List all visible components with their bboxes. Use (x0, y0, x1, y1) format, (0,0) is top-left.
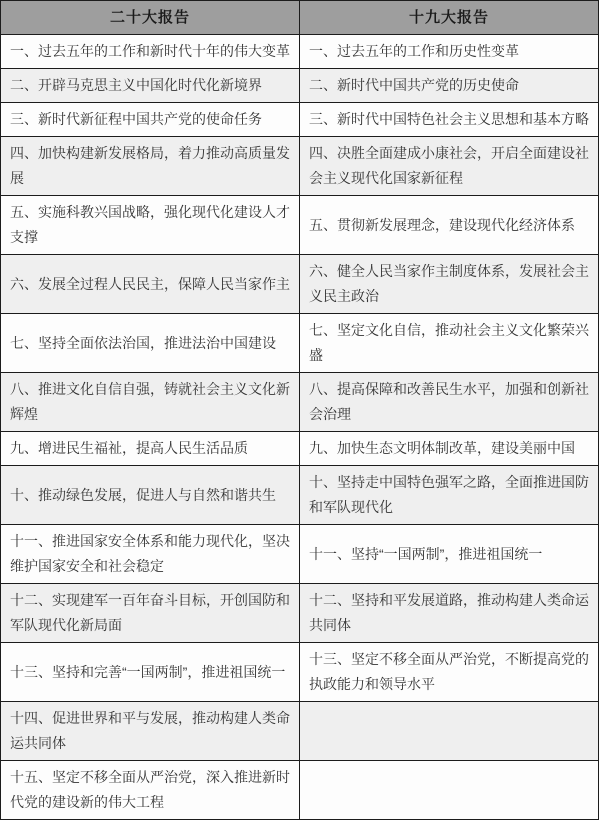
column-header-19th-congress-report: 十九大报告 (300, 1, 599, 35)
table-row: 一、过去五年的工作和新时代十年的伟大变革 一、过去五年的工作和历史性变革 (1, 35, 599, 69)
table-row: 六、发展全过程人民民主，保障人民当家作主 六、健全人民当家作主制度体系，发展社会… (1, 255, 599, 314)
cell-20th-item-2: 二、开辟马克思主义中国化时代化新境界 (1, 69, 300, 103)
cell-19th-item-9: 九、加快生态文明体制改革，建设美丽中国 (300, 432, 599, 466)
cell-19th-item-11: 十一、坚持“一国两制”，推进祖国统一 (300, 525, 599, 584)
cell-20th-item-15: 十五、坚定不移全面从严治党，深入推进新时代党的建设新的伟大工程 (1, 761, 300, 820)
cell-20th-item-10: 十、推动绿色发展，促进人与自然和谐共生 (1, 466, 300, 525)
cell-20th-item-11: 十一、推进国家安全体系和能力现代化，坚决维护国家安全和社会稳定 (1, 525, 300, 584)
cell-20th-item-13: 十三、坚持和完善“一国两制”，推进祖国统一 (1, 643, 300, 702)
cell-20th-item-5: 五、实施科教兴国战略，强化现代化建设人才支撑 (1, 196, 300, 255)
cell-19th-item-5: 五、贯彻新发展理念，建设现代化经济体系 (300, 196, 599, 255)
table-row: 十三、坚持和完善“一国两制”，推进祖国统一 十三、坚定不移全面从严治党，不断提高… (1, 643, 599, 702)
cell-19th-item-1: 一、过去五年的工作和历史性变革 (300, 35, 599, 69)
table-row: 五、实施科教兴国战略，强化现代化建设人才支撑 五、贯彻新发展理念，建设现代化经济… (1, 196, 599, 255)
table-row: 二、开辟马克思主义中国化时代化新境界 二、新时代中国共产党的历史使命 (1, 69, 599, 103)
cell-19th-item-14-empty (300, 702, 599, 761)
table-row: 十五、坚定不移全面从严治党，深入推进新时代党的建设新的伟大工程 (1, 761, 599, 820)
cell-20th-item-7: 七、坚持全面依法治国，推进法治中国建设 (1, 314, 300, 373)
table-row: 八、推进文化自信自强，铸就社会主义文化新辉煌 八、提高保障和改善民生水平，加强和… (1, 373, 599, 432)
cell-19th-item-8: 八、提高保障和改善民生水平，加强和创新社会治理 (300, 373, 599, 432)
cell-20th-item-4: 四、加快构建新发展格局，着力推动高质量发展 (1, 137, 300, 196)
cell-20th-item-8: 八、推进文化自信自强，铸就社会主义文化新辉煌 (1, 373, 300, 432)
table-row: 十四、促进世界和平与发展，推动构建人类命运共同体 (1, 702, 599, 761)
table-row: 三、新时代新征程中国共产党的使命任务 三、新时代中国特色社会主义思想和基本方略 (1, 103, 599, 137)
table-row: 十二、实现建军一百年奋斗目标，开创国防和军队现代化新局面 十二、坚持和平发展道路… (1, 584, 599, 643)
table-row: 七、坚持全面依法治国，推进法治中国建设 七、坚定文化自信，推动社会主义文化繁荣兴… (1, 314, 599, 373)
table-row: 四、加快构建新发展格局，着力推动高质量发展 四、决胜全面建成小康社会，开启全面建… (1, 137, 599, 196)
cell-19th-item-6: 六、健全人民当家作主制度体系，发展社会主义民主政治 (300, 255, 599, 314)
cell-19th-item-10: 十、坚持走中国特色强军之路，全面推进国防和军队现代化 (300, 466, 599, 525)
column-header-20th-congress-report: 二十大报告 (1, 1, 300, 35)
cell-20th-item-6: 六、发展全过程人民民主，保障人民当家作主 (1, 255, 300, 314)
cell-19th-item-13: 十三、坚定不移全面从严治党，不断提高党的执政能力和领导水平 (300, 643, 599, 702)
cell-19th-item-2: 二、新时代中国共产党的历史使命 (300, 69, 599, 103)
table-row: 九、增进民生福祉，提高人民生活品质 九、加快生态文明体制改革，建设美丽中国 (1, 432, 599, 466)
table-row: 十、推动绿色发展，促进人与自然和谐共生 十、坚持走中国特色强军之路，全面推进国防… (1, 466, 599, 525)
cell-20th-item-14: 十四、促进世界和平与发展，推动构建人类命运共同体 (1, 702, 300, 761)
cell-19th-item-3: 三、新时代中国特色社会主义思想和基本方略 (300, 103, 599, 137)
cell-20th-item-3: 三、新时代新征程中国共产党的使命任务 (1, 103, 300, 137)
table-row: 十一、推进国家安全体系和能力现代化，坚决维护国家安全和社会稳定 十一、坚持“一国… (1, 525, 599, 584)
table-header-row: 二十大报告 十九大报告 (1, 1, 599, 35)
cell-19th-item-4: 四、决胜全面建成小康社会，开启全面建设社会主义现代化国家新征程 (300, 137, 599, 196)
cell-20th-item-1: 一、过去五年的工作和新时代十年的伟大变革 (1, 35, 300, 69)
cell-19th-item-7: 七、坚定文化自信，推动社会主义文化繁荣兴盛 (300, 314, 599, 373)
cell-20th-item-9: 九、增进民生福祉，提高人民生活品质 (1, 432, 300, 466)
cell-19th-item-12: 十二、坚持和平发展道路，推动构建人类命运共同体 (300, 584, 599, 643)
cell-20th-item-12: 十二、实现建军一百年奋斗目标，开创国防和军队现代化新局面 (1, 584, 300, 643)
cell-19th-item-15-empty (300, 761, 599, 820)
report-comparison-page: 二十大报告 十九大报告 一、过去五年的工作和新时代十年的伟大变革 一、过去五年的… (0, 0, 599, 820)
report-comparison-table: 二十大报告 十九大报告 一、过去五年的工作和新时代十年的伟大变革 一、过去五年的… (0, 0, 599, 820)
